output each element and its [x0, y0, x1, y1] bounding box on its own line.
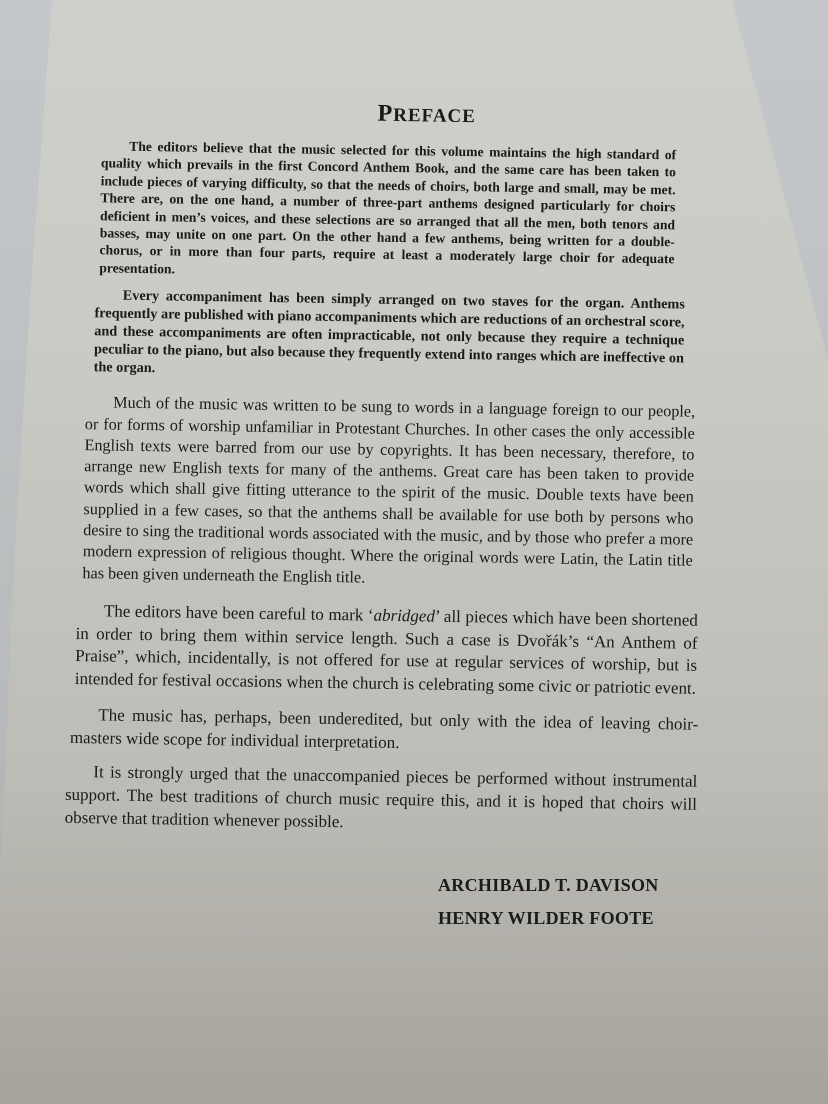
signature-davison: ARCHIBALD T. DAVISON: [438, 875, 659, 896]
abridged-term: abridged: [373, 606, 435, 626]
book-page: PREFACE The editors believe that the mus…: [0, 0, 828, 1104]
page-title: PREFACE: [82, 96, 732, 133]
signature-foote: HENRY WILDER FOOTE: [438, 908, 659, 929]
title-rest: REFACE: [393, 105, 476, 127]
title-initial: P: [377, 101, 393, 127]
paragraph-6: It is strongly urged that the unaccompan…: [64, 761, 697, 839]
paragraph-2: Every accompaniment has been simply arra…: [94, 286, 685, 385]
paragraph-5: The music has, perhaps, been underedited…: [70, 704, 699, 759]
signatures: ARCHIBALD T. DAVISON HENRY WILDER FOOTE: [438, 875, 659, 941]
paragraph-4: The editors have been careful to mark ‘a…: [75, 600, 698, 700]
paragraph-1: The editors believe that the music selec…: [99, 137, 676, 285]
paragraph-3: Much of the music was written to be sung…: [82, 392, 695, 593]
preface-text-block: PREFACE The editors believe that the mus…: [70, 96, 732, 849]
paragraph-4-text-start: The editors have been careful to mark ‘: [104, 601, 374, 624]
